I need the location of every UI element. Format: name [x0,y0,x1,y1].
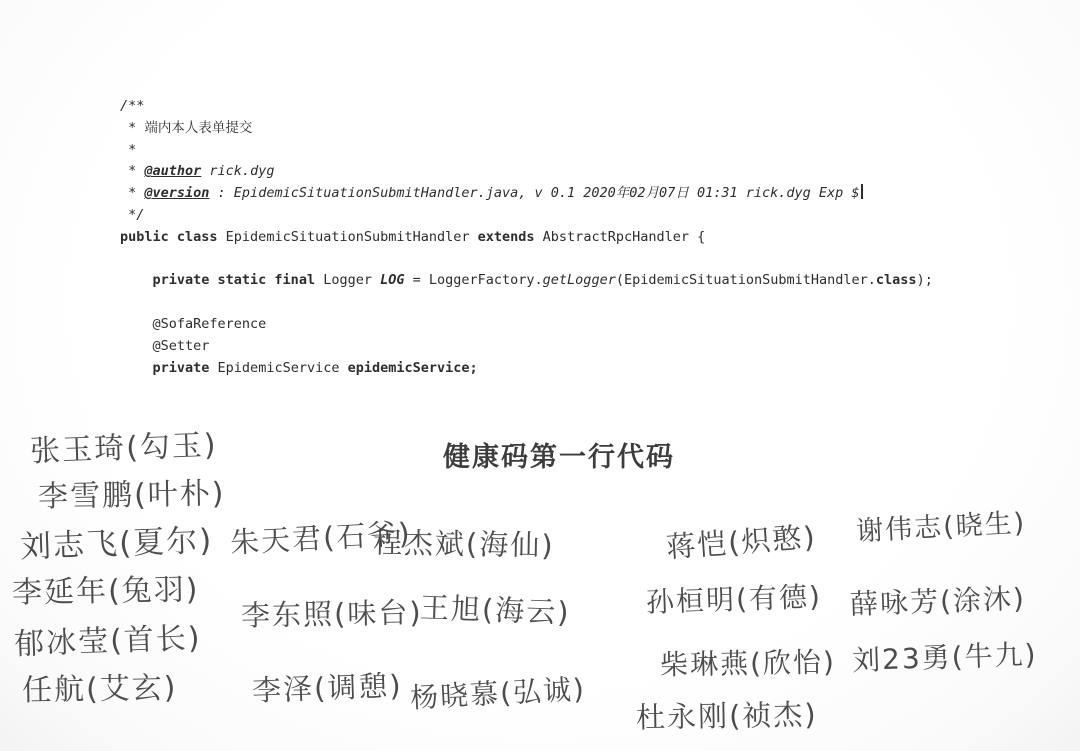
code-line: /** [120,96,933,118]
signature: 李雪鹏(叶朴) [38,468,226,515]
signature: 李泽(调憩) [251,663,403,709]
code-line: * @author rick.dyg [120,161,933,183]
signature: 孙桓明(有德) [645,575,822,621]
signature: 李东照(味台) [241,590,423,634]
signature: 任航(艾玄) [22,663,178,710]
signature: 杜永刚(祯杰) [636,692,818,736]
signature: 蒋恺(炽憨) [665,515,818,566]
code-line [120,292,933,314]
signature: 程杰斌(海仙) [373,520,555,564]
code-line [120,249,933,271]
signature: 刘志飞(夏尔) [19,515,214,567]
code-line: * [120,140,933,162]
text-cursor [861,184,863,199]
code-line: public class EpidemicSituationSubmitHand… [120,227,933,249]
code-line: private static final Logger LOG = Logger… [120,270,933,292]
code-line: @Setter [120,336,933,358]
code-line: * 端内本人表单提交 [120,118,933,140]
signature: 刘23勇(牛九) [851,633,1038,679]
signature: 谢伟志(晓生) [855,501,1027,549]
code-line: * @version : EpidemicSituationSubmitHand… [120,183,933,205]
code-block: /** * 端内本人表单提交 * * @author rick.dyg * @v… [120,96,933,379]
signature: 郁冰莹(首长) [13,613,202,664]
signature: 李延年(兔羽) [12,564,200,611]
signature: 杨晓慕(弘诚) [409,667,587,716]
doc-title: 健康码第一行代码 [443,435,675,474]
signature: 柴琳燕(欣怡) [660,640,837,683]
signature: 王旭(海云) [419,585,571,631]
code-line: private EpidemicService epidemicService; [120,358,933,380]
code-line: */ [120,205,933,227]
signature: 张玉琦(勾玉) [29,420,218,471]
code-line: @SofaReference [120,314,933,336]
signature: 薛咏芳(涂沐) [849,577,1026,623]
